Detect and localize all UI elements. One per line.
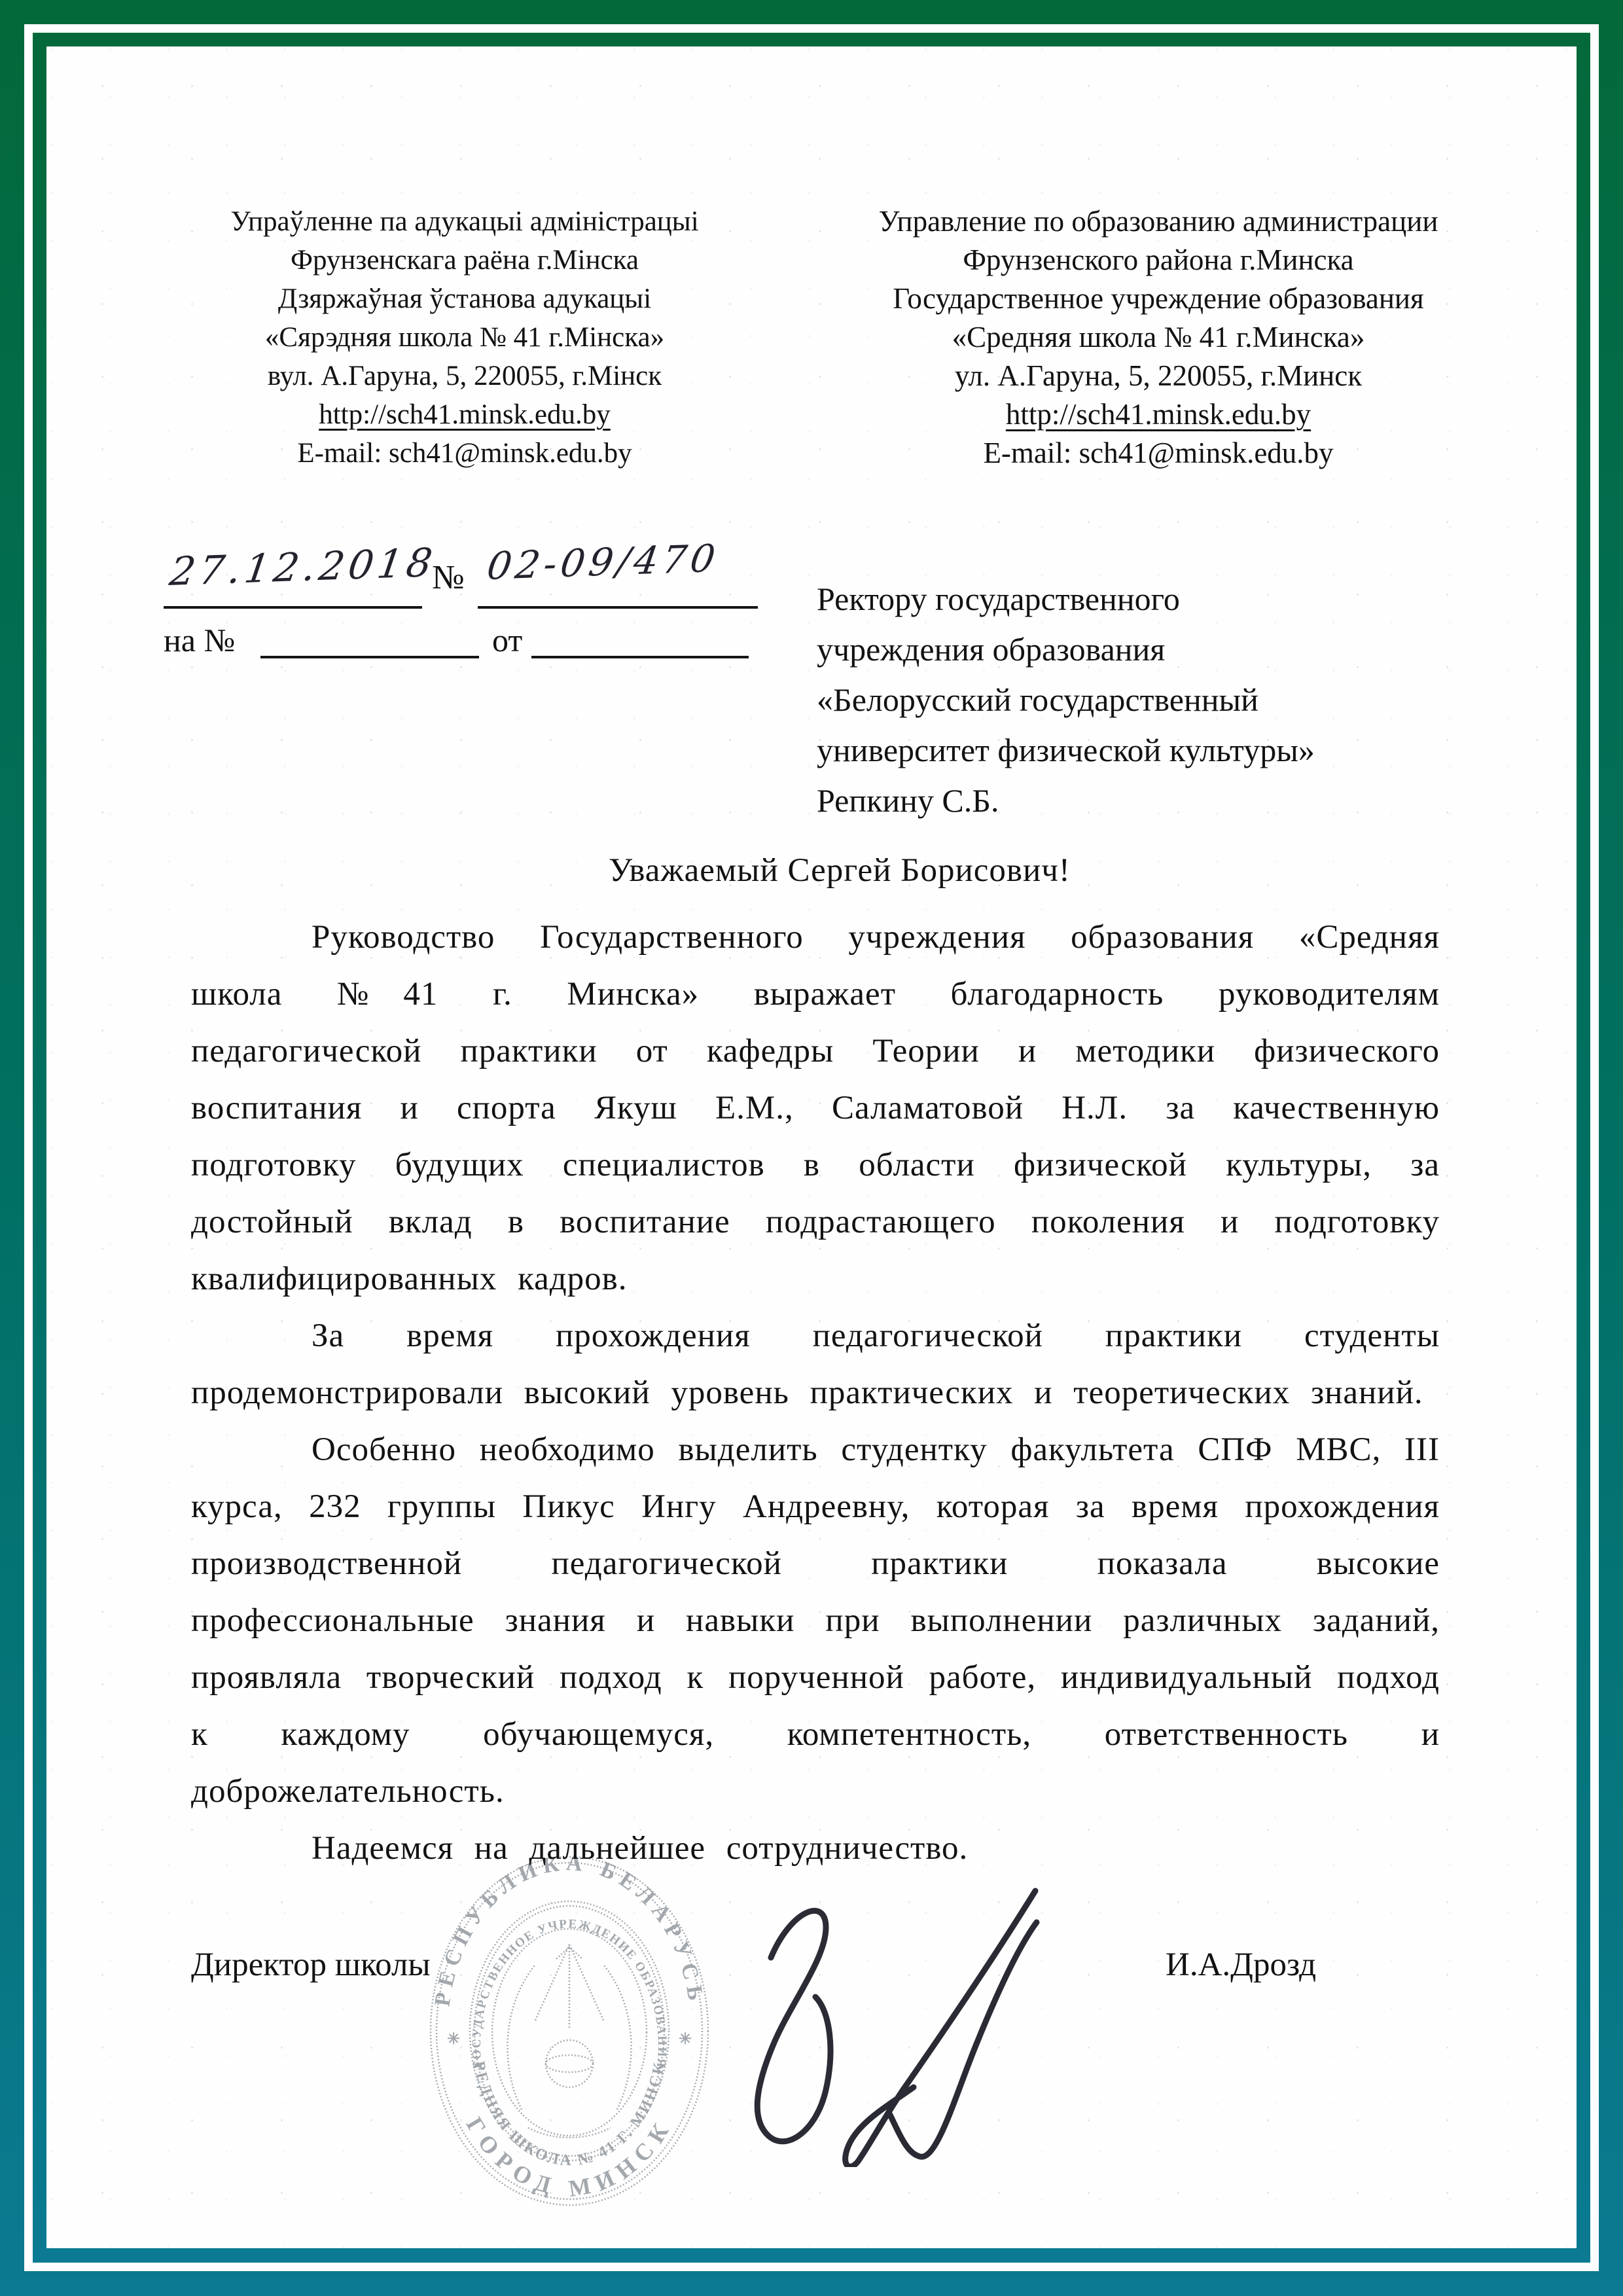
from-date-underline [531,656,749,658]
letterhead-website-link: http://sch41.minsk.edu.by [811,395,1505,434]
number-underline [478,606,758,609]
paragraph-gratitude: Руководство Государственного учреждения … [191,909,1440,1308]
letterhead-line: «Сярэдняя школа № 41 г.Мінска» [177,318,753,357]
letterhead-website-link: http://sch41.minsk.edu.by [177,395,753,434]
letterhead-email: E-mail: sch41@minsk.edu.by [811,434,1505,473]
signer-name: И.А.Дрозд [1166,1946,1316,1984]
letterhead-line: Государственное учреждение образования [811,279,1505,318]
letterhead-line: вул. А.Гаруна, 5, 220055, г.Мінск [177,357,753,395]
svg-text:ГОСУДАРСТВЕННОЕ УЧРЕЖДЕНИЕ ОБР: ГОСУДАРСТВЕННОЕ УЧРЕЖДЕНИЕ ОБРАЗОВАНИЯ [470,1917,669,2069]
letterhead-russian: Управление по образованию администрации … [811,202,1505,473]
scanned-letter-page: Упраўленне па адукацыі адміністрацыі Фру… [0,0,1623,2296]
from-date-label: от [492,621,522,659]
letterhead-line: ул. А.Гаруна, 5, 220055, г.Минск [811,357,1505,395]
letterhead-line: Управление по образованию администрации [811,202,1505,241]
signer-position: Директор школы [191,1946,431,1984]
reply-to-number-label: на № [164,621,235,659]
letterhead-line: Фрунзенскага раёна г.Мінска [177,241,753,279]
addressee-line: университет физической культуры» [817,725,1550,776]
addressee-line: Ректору государственного [817,574,1550,624]
stamp-seal-icon: РЕСПУБЛИКА БЕЛАРУСЬ ГОСУДАРСТВЕННОЕ УЧРЕ… [422,1848,717,2214]
letterhead-belarusian: Упраўленне па адукацыі адміністрацыі Фру… [177,202,753,473]
number-sign-label: № [432,558,465,597]
addressee-name: Репкину С.Б. [817,776,1550,826]
letterhead-line: Дзяржаўная ўстанова адукацыі [177,279,753,318]
stamp-text-institution: ГОСУДАРСТВЕННОЕ УЧРЕЖДЕНИЕ ОБРАЗОВАНИЯ [470,1917,669,2069]
signature-ink-icon [681,1879,1047,2167]
letter-body: Руководство Государственного учреждения … [191,909,1440,1877]
handwritten-outgoing-number: 02-09/470 [484,536,722,588]
letterhead-email: E-mail: sch41@minsk.edu.by [177,434,753,473]
salutation: Уважаемый Сергей Борисович! [609,852,1071,889]
letterhead-line: «Средняя школа № 41 г.Минска» [811,318,1505,357]
reply-number-underline [260,656,479,658]
date-underline [164,606,422,609]
handwritten-date: 27.12.2018 [167,540,439,595]
paragraph-students-level: За время прохождения педагогической прак… [191,1308,1440,1422]
paragraph-closing: Надеемся на дальнейшее сотрудничество. [191,1820,1440,1877]
addressee-block: Ректору государственного учреждения обра… [817,574,1550,826]
letterhead-line: Фрунзенского района г.Минска [811,241,1505,279]
stamp-star-left: ✳ [447,2031,460,2048]
letter-content: Упраўленне па адукацыі адміністрацыі Фру… [46,46,1577,2248]
addressee-line: «Белорусский государственный [817,675,1550,725]
letterhead-line: Упраўленне па адукацыі адміністрацыі [177,202,753,241]
addressee-line: учреждения образования [817,624,1550,675]
paragraph-student-highlight: Особенно необходимо выделить студентку ф… [191,1422,1440,1820]
